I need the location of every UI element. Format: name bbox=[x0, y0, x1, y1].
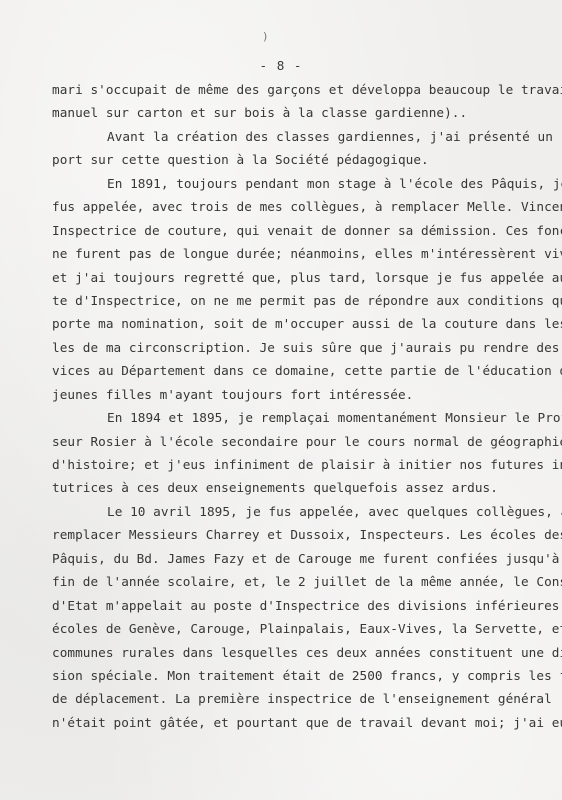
text-line: de déplacement. La première inspectrice … bbox=[52, 687, 562, 710]
body-text: mari s'occupait de même des garçons et d… bbox=[52, 78, 562, 734]
typewritten-page: ) - 8 - mari s'occupait de même des garç… bbox=[0, 0, 562, 800]
text-line: manuel sur carton et sur bois à la class… bbox=[52, 101, 562, 124]
text-line: les de ma circonscription. Je suis sûre … bbox=[52, 336, 562, 359]
text-line: Pâquis, du Bd. James Fazy et de Carouge … bbox=[52, 547, 562, 570]
text-line: sion spéciale. Mon traitement était de 2… bbox=[52, 664, 562, 687]
paragraph-first-line: En 1891, toujours pendant mon stage à l'… bbox=[52, 172, 562, 195]
paragraph-first-line: Le 10 avril 1895, je fus appelée, avec q… bbox=[52, 500, 562, 523]
text-line: d'histoire; et j'eus infiniment de plais… bbox=[52, 453, 562, 476]
text-line: ne furent pas de longue durée; néanmoins… bbox=[52, 242, 562, 265]
text-line: d'Etat m'appelait au poste d'Inspectrice… bbox=[52, 594, 562, 617]
text-line: seur Rosier à l'école secondaire pour le… bbox=[52, 430, 562, 453]
text-line: tutrices à ces deux enseignements quelqu… bbox=[52, 476, 562, 499]
text-line: remplacer Messieurs Charrey et Dussoix, … bbox=[52, 523, 562, 546]
text-line: écoles de Genève, Carouge, Plainpalais, … bbox=[52, 617, 562, 640]
text-line: Inspectrice de couture, qui venait de do… bbox=[52, 219, 562, 242]
text-line: te d'Inspectrice, on ne me permit pas de… bbox=[52, 289, 562, 312]
paragraph-first-line: Avant la création des classes gardiennes… bbox=[52, 125, 562, 148]
text-line: jeunes filles m'ayant toujours fort inté… bbox=[52, 383, 562, 406]
text-line: n'était point gâtée, et pourtant que de … bbox=[52, 711, 562, 734]
paragraph-first-line: En 1894 et 1895, je remplaçai momentaném… bbox=[52, 406, 562, 429]
text-line: port sur cette question à la Société péd… bbox=[52, 148, 562, 171]
text-line: communes rurales dans lesquelles ces deu… bbox=[52, 641, 562, 664]
text-line: fus appelée, avec trois de mes collègues… bbox=[52, 195, 562, 218]
text-line: et j'ai toujours regretté que, plus tard… bbox=[52, 266, 562, 289]
text-line: porte ma nomination, soit de m'occuper a… bbox=[52, 312, 562, 335]
text-line: mari s'occupait de même des garçons et d… bbox=[52, 78, 562, 101]
stray-ink-mark: ) bbox=[262, 30, 269, 43]
page-number: - 8 - bbox=[0, 58, 562, 73]
text-line: fin de l'année scolaire, et, le 2 juille… bbox=[52, 570, 562, 593]
text-line: vices au Département dans ce domaine, ce… bbox=[52, 359, 562, 382]
